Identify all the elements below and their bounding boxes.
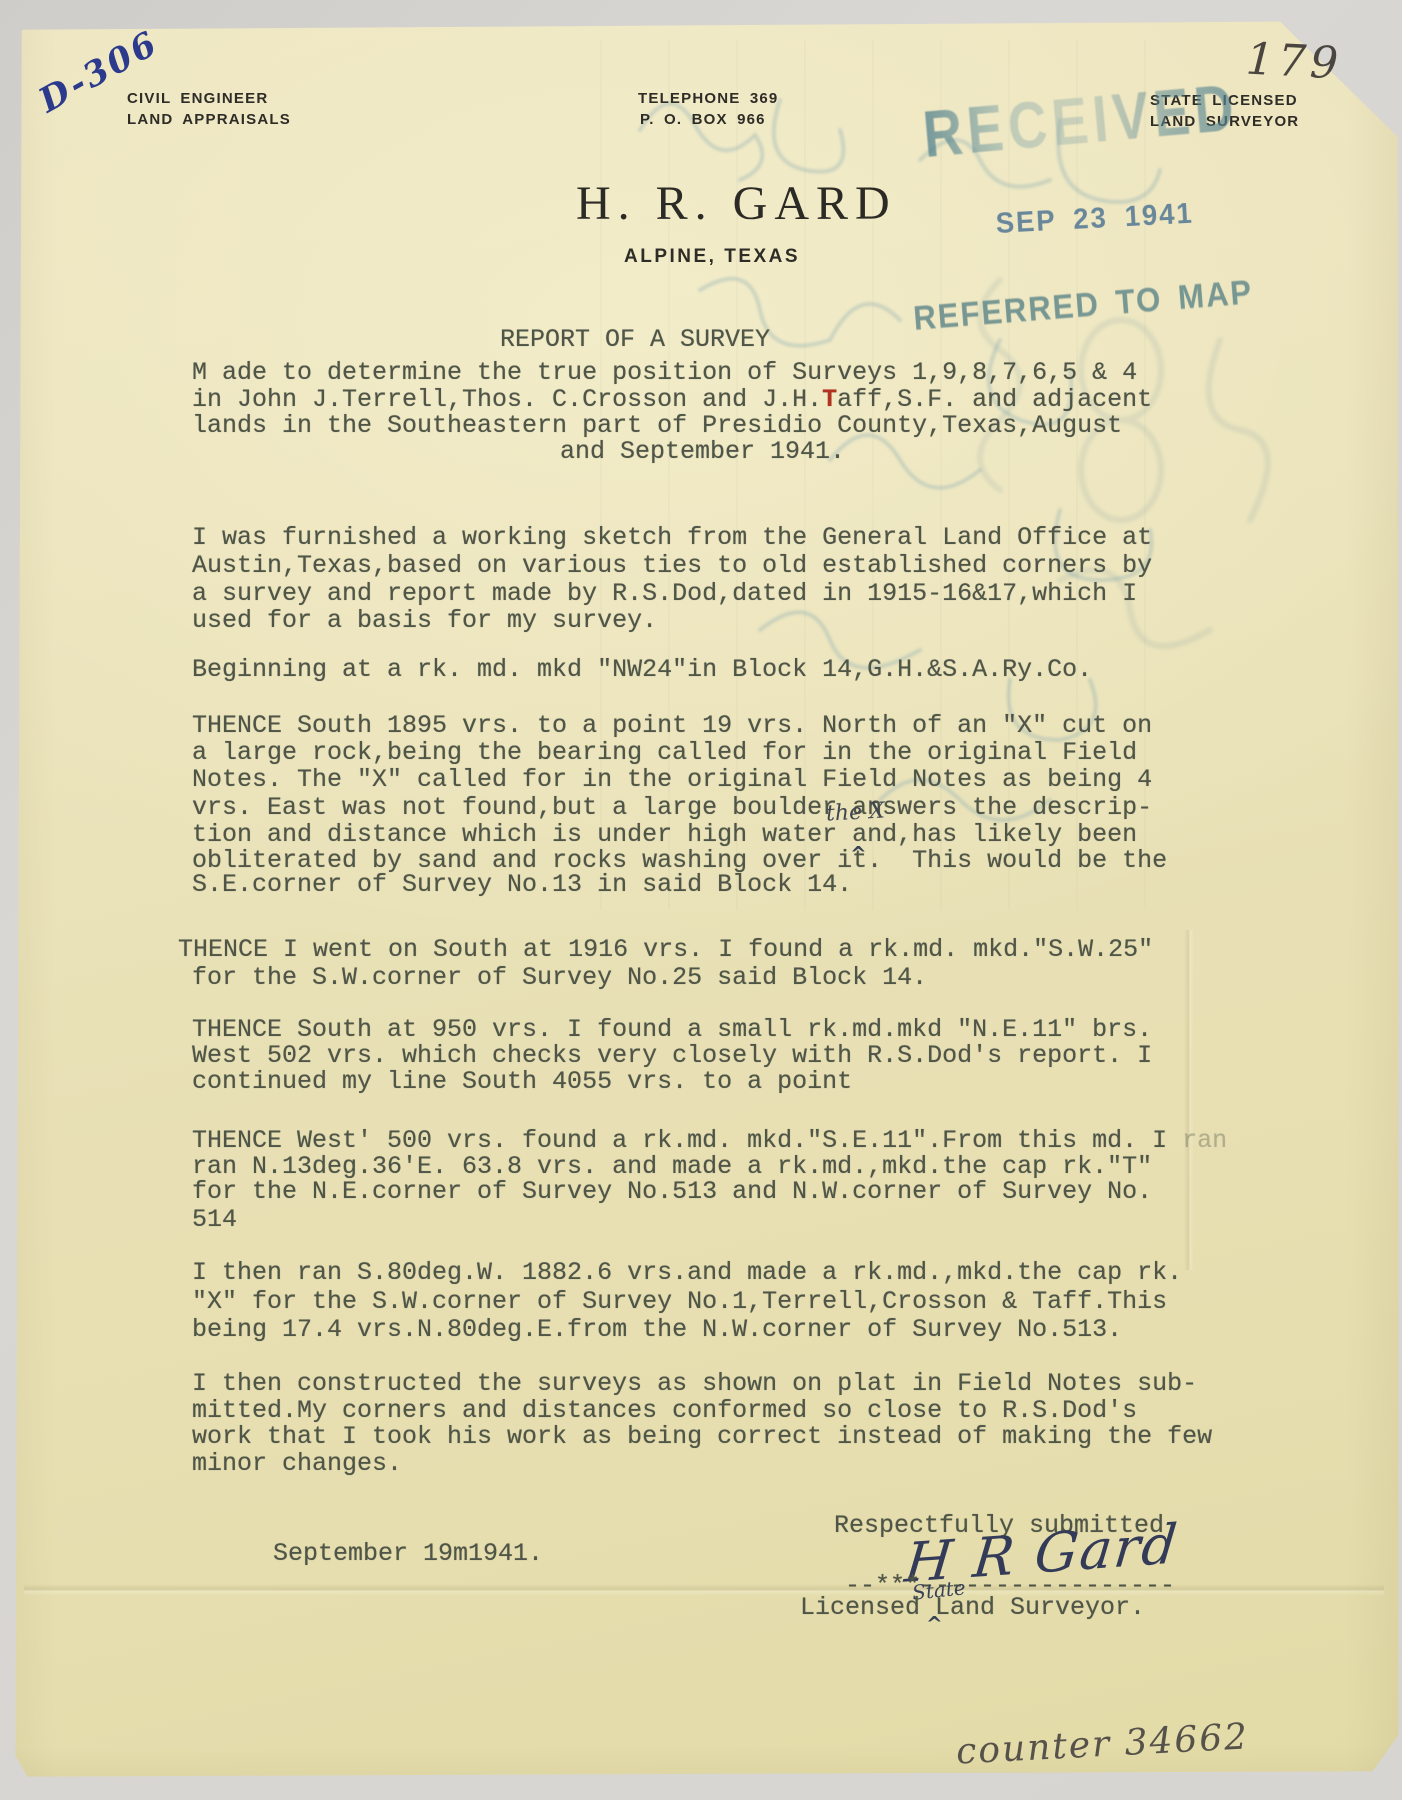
report-line: lands in the Southeastern part of Presid… — [192, 412, 1122, 439]
report-line: THENCE I went on South at 1916 vrs. I fo… — [178, 936, 1153, 963]
line-text: aff,S.F. and adjacent — [837, 385, 1152, 414]
report-line: THENCE South 1895 vrs. to a point 19 vrs… — [192, 712, 1152, 739]
report-line: tion and distance which is under high wa… — [192, 821, 1137, 848]
letterhead-left-line2: LAND APPRAISALS — [127, 109, 291, 130]
report-line: used for a basis for my survey. — [192, 607, 657, 634]
caret-mark: ^ — [850, 842, 867, 866]
report-line: THENCE West' 500 vrs. found a rk.md. mkd… — [192, 1127, 1227, 1154]
report-line: I then constructed the surveys as shown … — [192, 1370, 1197, 1397]
report-line: S.E.corner of Survey No.13 in said Block… — [192, 871, 852, 898]
report-line: 514 — [192, 1206, 237, 1233]
report-line: Austin,Texas,based on various ties to ol… — [192, 552, 1152, 579]
letterhead-name: H. R. GARD — [576, 176, 897, 231]
report-line: being 17.4 vrs.N.80deg.E.from the N.W.co… — [192, 1316, 1122, 1343]
report-line: Beginning at a rk. md. mkd "NW24"in Bloc… — [192, 656, 1092, 683]
report-line: vrs. East was not found,but a large boul… — [192, 794, 1152, 821]
report-line: and September 1941. — [560, 438, 845, 465]
report-line: West 502 vrs. which checks very closely … — [192, 1042, 1152, 1069]
scanned-document: D-306 179 CIVIL ENGINEER LAND APPRAISALS… — [0, 0, 1402, 1800]
inserted-the-x-annotation: the X — [825, 798, 885, 826]
report-line: for the N.E.corner of Survey No.513 and … — [192, 1178, 1152, 1205]
report-line: a large rock,being the bearing called fo… — [192, 739, 1137, 766]
report-line: minor changes. — [192, 1450, 402, 1477]
report-line: mitted.My corners and distances conforme… — [192, 1397, 1137, 1424]
letterhead-left-line1: CIVIL ENGINEER — [127, 88, 268, 109]
line-text: in John J.Terrell,Thos. C.Crosson and J.… — [192, 385, 822, 414]
wrinkle-crease — [1184, 930, 1194, 1270]
red-correction-letter: T — [822, 385, 837, 414]
date-line: September 19m1941. — [273, 1540, 543, 1567]
report-line: ran N.13deg.36'E. 63.8 vrs. and made a r… — [192, 1153, 1152, 1180]
report-line: I then ran S.80deg.W. 1882.6 vrs.and mad… — [192, 1259, 1182, 1286]
letterhead-city: ALPINE, TEXAS — [624, 246, 800, 268]
report-line: "X" for the S.W.corner of Survey No.1,Te… — [192, 1288, 1167, 1315]
report-line: in John J.Terrell,Thos. C.Crosson and J.… — [192, 386, 1152, 413]
letterhead-center-line1: TELEPHONE 369 — [638, 88, 778, 109]
report-line: THENCE South at 950 vrs. I found a small… — [192, 1016, 1152, 1043]
faint-overtyped-word: ran — [1182, 1126, 1227, 1155]
report-line: M ade to determine the true position of … — [192, 359, 1137, 386]
report-line: a survey and report made by R.S.Dod,date… — [192, 580, 1137, 607]
report-line: Notes. The "X" called for in the origina… — [192, 766, 1152, 793]
page-number-annotation: 179 — [1245, 34, 1344, 90]
report-line: for the S.W.corner of Survey No.25 said … — [192, 964, 927, 991]
report-line: work that I took his work as being corre… — [192, 1423, 1212, 1450]
letterhead-center-line2: P. O. BOX 966 — [640, 109, 766, 130]
licensed-surveyor-line: Licensed Land Surveyor. — [800, 1594, 1145, 1621]
line-text: THENCE West' 500 vrs. found a rk.md. mkd… — [192, 1126, 1182, 1155]
report-line: continued my line South 4055 vrs. to a p… — [192, 1068, 852, 1095]
fold-crease — [24, 1584, 1384, 1596]
report-title: REPORT OF A SURVEY — [500, 326, 770, 353]
report-line: I was furnished a working sketch from th… — [192, 524, 1152, 551]
